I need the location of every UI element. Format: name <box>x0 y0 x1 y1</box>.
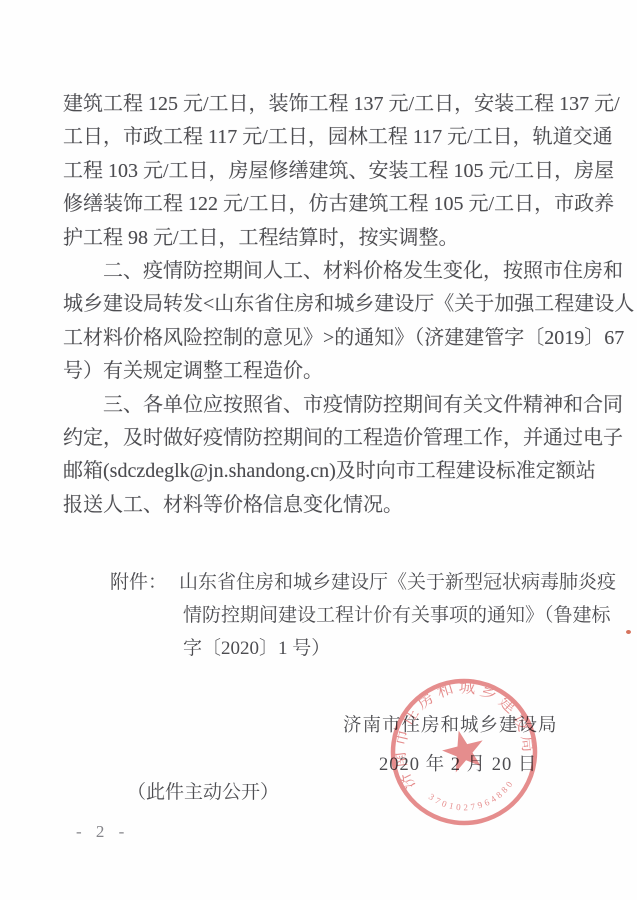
body-line: 三、各单位应按照省、市疫情防控期间有关文件精神和合同 <box>63 389 593 422</box>
official-seal-stamp: 济南市住房和城乡建设局 3701027964880 <box>366 653 563 851</box>
seal-star-icon <box>438 726 488 775</box>
body-line: 约定，及时做好疫情防控期间的工程造价管理工作，并通过电子 <box>63 422 593 455</box>
scan-artifact-speck <box>626 630 631 634</box>
body-line: 护工程 98 元/工日，工程结算时，按实调整。 <box>63 222 593 255</box>
attachment-label: 附件： <box>110 566 167 599</box>
body-line: 工程 103 元/工日，房屋修缮建筑、安装工程 105 元/工日，房屋 <box>63 155 593 188</box>
attachment-block: 附件： 山东省住房和城乡建设厅《关于新型冠状病毒肺炎疫 情防控期间建设工程计价有… <box>110 566 610 665</box>
body-line: 修缮装饰工程 122 元/工日，仿古建筑工程 105 元/工日，市政养 <box>63 188 593 221</box>
body-line: 工材料价格风险控制的意见》>的通知》（济建建管字〔2019〕67 <box>63 322 593 355</box>
body-line: 邮箱(sdczdeglk@jn.shandong.cn)及时向市工程建设标准定额… <box>63 455 593 488</box>
body-line: 二、疫情防控期间人工、材料价格发生变化，按照市住房和 <box>63 255 593 288</box>
seal-serial-number: 3701027964880 <box>425 772 518 822</box>
body-text-block: 建筑工程 125 元/工日，装饰工程 137 元/工日，安装工程 137 元/ … <box>63 88 593 522</box>
attachment-title-line-3: 字〔2020〕1 号） <box>110 632 610 665</box>
disclosure-note: （此件主动公开） <box>127 777 279 804</box>
page-number: - 2 - <box>76 822 129 842</box>
body-line: 城乡建设局转发<山东省住房和城乡建设厅《关于加强工程建设人 <box>63 288 593 321</box>
document-page: 建筑工程 125 元/工日，装饰工程 137 元/工日，安装工程 137 元/ … <box>0 0 637 900</box>
body-line: 报送人工、材料等价格信息变化情况。 <box>63 489 593 522</box>
body-line: 工日，市政工程 117 元/工日，园林工程 117 元/工日，轨道交通 <box>63 121 593 154</box>
body-line: 建筑工程 125 元/工日，装饰工程 137 元/工日，安装工程 137 元/ <box>63 88 593 121</box>
attachment-title-line-2: 情防控期间建设工程计价有关事项的通知》（鲁建标 <box>110 599 610 632</box>
attachment-title-line-1: 山东省住房和城乡建设厅《关于新型冠状病毒肺炎疫 <box>179 566 616 599</box>
body-line: 号）有关规定调整工程造价。 <box>63 355 593 388</box>
